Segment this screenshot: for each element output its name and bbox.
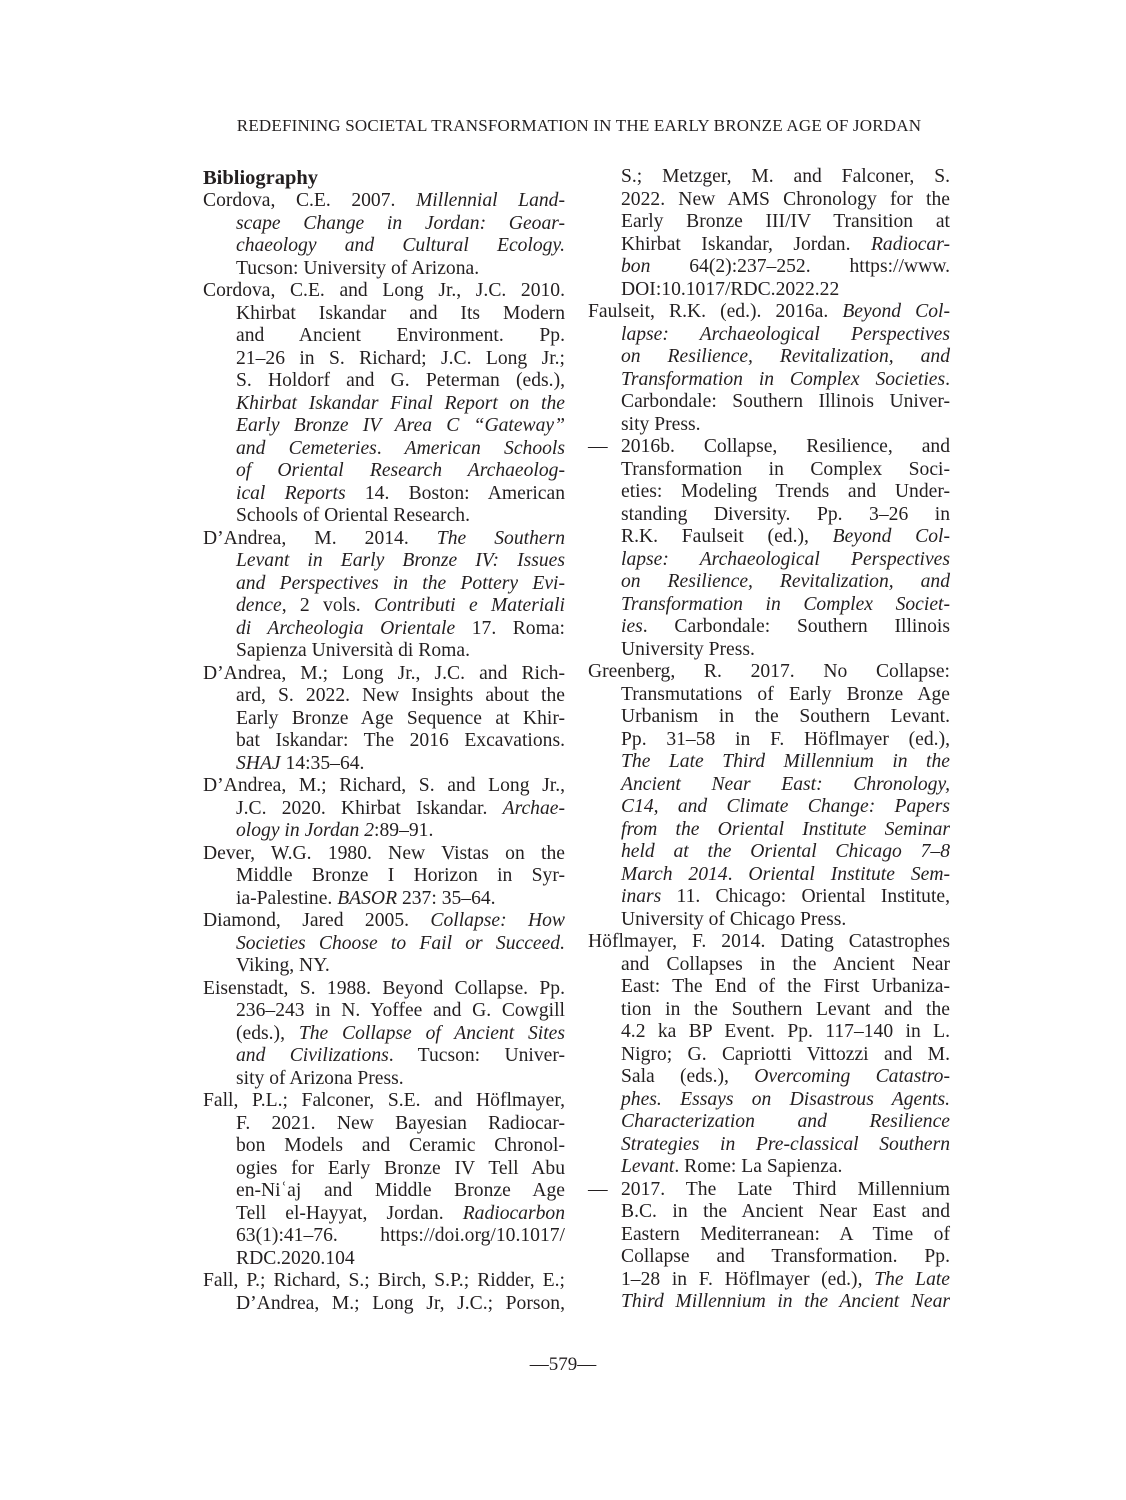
bibliography-line: The Late Third Millennium in the	[588, 751, 950, 774]
bibliography-line: Dever, W.G. 1980. New Vistas on the	[203, 843, 565, 866]
bibliography-line: Schools of Oriental Research.	[203, 505, 565, 528]
bibliography-line: of Oriental Research Archaeolog-	[203, 460, 565, 483]
bibliography-line: Cordova, C.E. and Long Jr., J.C. 2010.	[203, 280, 565, 303]
bibliography-line: B.C. in the Ancient Near East and	[588, 1201, 950, 1224]
bibliography-line: Early Bronze IV Area C “Gateway”	[203, 415, 565, 438]
running-head: REDEFINING SOCIETAL TRANSFORMATION IN TH…	[206, 116, 952, 136]
bibliography-line: Strategies in Pre-classical Southern	[588, 1134, 950, 1157]
bibliography-line: RDC.2020.104	[203, 1248, 565, 1271]
bibliography-line: Fall, P.L.; Falconer, S.E. and Höflmayer…	[203, 1090, 565, 1113]
bibliography-line: Khirbat Iskandar and Its Modern	[203, 303, 565, 326]
bibliography-column-left: Bibliography Cordova, C.E. 2007. Millenn…	[203, 166, 565, 1315]
bibliography-line: chaeology and Cultural Ecology.	[203, 235, 565, 258]
bibliography-line: ical Reports 14. Boston: American	[203, 483, 565, 506]
bibliography-line: from the Oriental Institute Seminar	[588, 819, 950, 842]
bibliography-line: Diamond, Jared 2005. Collapse: How	[203, 910, 565, 933]
bibliography-line: inars 11. Chicago: Oriental Institute,	[588, 886, 950, 909]
bibliography-line: Societies Choose to Fail or Succeed.	[203, 933, 565, 956]
bibliography-line: sity of Arizona Press.	[203, 1068, 565, 1091]
bibliography-line: D’Andrea, M.; Long Jr, J.C.; Porson,	[203, 1293, 565, 1316]
bibliography-line: —2017. The Late Third Millennium	[588, 1179, 950, 1202]
bibliography-line: Khirbat Iskandar Final Report on the	[203, 393, 565, 416]
bibliography-line: ogies for Early Bronze IV Tell Abu	[203, 1158, 565, 1181]
bibliography-line: University Press.	[588, 639, 950, 662]
bibliography-line: Levant. Rome: La Sapienza.	[588, 1156, 950, 1179]
bibliography-line: Urbanism in the Southern Levant.	[588, 706, 950, 729]
bibliography-line: Ancient Near East: Chronology,	[588, 774, 950, 797]
bibliography-line: bon Models and Ceramic Chronol-	[203, 1135, 565, 1158]
bibliography-line: held at the Oriental Chicago 7–8	[588, 841, 950, 864]
bibliography-line: and Collapses in the Ancient Near	[588, 954, 950, 977]
bibliography-line: Collapse and Transformation. Pp.	[588, 1246, 950, 1269]
bibliography-line: Third Millennium in the Ancient Near	[588, 1291, 950, 1314]
bibliography-line: and Cemeteries. American Schools	[203, 438, 565, 461]
bibliography-column-right: S.; Metzger, M. and Falconer, S.2022. Ne…	[588, 166, 950, 1314]
bibliography-line: standing Diversity. Pp. 3–26 in	[588, 504, 950, 527]
bibliography-line: Fall, P.; Richard, S.; Birch, S.P.; Ridd…	[203, 1270, 565, 1293]
bibliography-line: on Resilience, Revitalization, and	[588, 346, 950, 369]
bibliography-line: Viking, NY.	[203, 955, 565, 978]
bibliography-line: Faulseit, R.K. (ed.). 2016a. Beyond Col-	[588, 301, 950, 324]
ditto-dash: —	[588, 436, 621, 459]
bibliography-line: Eisenstadt, S. 1988. Beyond Collapse. Pp…	[203, 978, 565, 1001]
bibliography-line: (eds.), The Collapse of Ancient Sites	[203, 1023, 565, 1046]
bibliography-lines: S.; Metzger, M. and Falconer, S.2022. Ne…	[588, 166, 950, 1314]
bibliography-line: and Ancient Environment. Pp.	[203, 325, 565, 348]
bibliography-line: and Perspectives in the Pottery Evi-	[203, 573, 565, 596]
bibliography-line: East: The End of the First Urbaniza-	[588, 976, 950, 999]
bibliography-line: ies. Carbondale: Southern Illinois	[588, 616, 950, 639]
bibliography-line: 63(1):41–76. https://doi.org/10.1017/	[203, 1225, 565, 1248]
bibliography-line: Transmutations of Early Bronze Age	[588, 684, 950, 707]
bibliography-line: Greenberg, R. 2017. No Collapse:	[588, 661, 950, 684]
bibliography-line: Sapienza Università di Roma.	[203, 640, 565, 663]
bibliography-line: J.C. 2020. Khirbat Iskandar. Archae-	[203, 798, 565, 821]
bibliography-line: S. Holdorf and G. Peterman (eds.),	[203, 370, 565, 393]
bibliography-line: Transformation in Complex Societies.	[588, 369, 950, 392]
bibliography-line: Transformation in Complex Soci-	[588, 459, 950, 482]
bibliography-line: 236–243 in N. Yoffee and G. Cowgill	[203, 1000, 565, 1023]
ditto-dash: —	[588, 1179, 621, 1202]
bibliography-line: eties: Modeling Trends and Under-	[588, 481, 950, 504]
bibliography-line: Levant in Early Bronze IV: Issues	[203, 550, 565, 573]
bibliography-line: DOI:10.1017/RDC.2022.22	[588, 279, 950, 302]
bibliography-line: Höflmayer, F. 2014. Dating Catastrophes	[588, 931, 950, 954]
bibliography-line: Nigro; G. Capriotti Vittozzi and M.	[588, 1044, 950, 1067]
bibliography-line: Tucson: University of Arizona.	[203, 258, 565, 281]
bibliography-line: Early Bronze Age Sequence at Khir-	[203, 708, 565, 731]
bibliography-line: Middle Bronze I Horizon in Syr-	[203, 865, 565, 888]
bibliography-line: SHAJ 14:35–64.	[203, 753, 565, 776]
bibliography-line: Carbondale: Southern Illinois Univer-	[588, 391, 950, 414]
bibliography-line: C14, and Climate Change: Papers	[588, 796, 950, 819]
bibliography-line: Tell el-Hayyat, Jordan. Radiocarbon	[203, 1203, 565, 1226]
bibliography-line: University of Chicago Press.	[588, 909, 950, 932]
bibliography-line: Characterization and Resilience	[588, 1111, 950, 1134]
bibliography-line: ia-Palestine. BASOR 237: 35–64.	[203, 888, 565, 911]
bibliography-line: and Civilizations. Tucson: Univer-	[203, 1045, 565, 1068]
section-heading: Bibliography	[203, 166, 565, 190]
bibliography-line: Sala (eds.), Overcoming Catastro-	[588, 1066, 950, 1089]
bibliography-line: D’Andrea, M.; Long Jr., J.C. and Rich-	[203, 663, 565, 686]
bibliography-lines: Cordova, C.E. 2007. Millennial Land-scap…	[203, 190, 565, 1315]
bibliography-line: Transformation in Complex Societ-	[588, 594, 950, 617]
bibliography-line: bon 64(2):237–252. https://www.	[588, 256, 950, 279]
bibliography-line: ology in Jordan 2:89–91.	[203, 820, 565, 843]
bibliography-line: Pp. 31–58 in F. Höflmayer (ed.),	[588, 729, 950, 752]
bibliography-line: Cordova, C.E. 2007. Millennial Land-	[203, 190, 565, 213]
bibliography-line: Early Bronze III/IV Transition at	[588, 211, 950, 234]
bibliography-line: bat Iskandar: The 2016 Excavations.	[203, 730, 565, 753]
bibliography-line: Khirbat Iskandar, Jordan. Radiocar-	[588, 234, 950, 257]
bibliography-line: D’Andrea, M.; Richard, S. and Long Jr.,	[203, 775, 565, 798]
bibliography-line: 4.2 ka BP Event. Pp. 117–140 in L.	[588, 1021, 950, 1044]
bibliography-line: lapse: Archaeological Perspectives	[588, 549, 950, 572]
bibliography-line: di Archeologia Orientale 17. Roma:	[203, 618, 565, 641]
bibliography-line: scape Change in Jordan: Geoar-	[203, 213, 565, 236]
bibliography-line: —2016b. Collapse, Resilience, and	[588, 436, 950, 459]
bibliography-line: ard, S. 2022. New Insights about the	[203, 685, 565, 708]
bibliography-line: dence, 2 vols. Contributi e Materiali	[203, 595, 565, 618]
bibliography-line: March 2014. Oriental Institute Sem-	[588, 864, 950, 887]
bibliography-line: tion in the Southern Levant and the	[588, 999, 950, 1022]
bibliography-line: R.K. Faulseit (ed.), Beyond Col-	[588, 526, 950, 549]
bibliography-line: 2022. New AMS Chronology for the	[588, 189, 950, 212]
bibliography-line: lapse: Archaeological Perspectives	[588, 324, 950, 347]
bibliography-line: 21–26 in S. Richard; J.C. Long Jr.;	[203, 348, 565, 371]
bibliography-line: S.; Metzger, M. and Falconer, S.	[588, 166, 950, 189]
bibliography-line: Eastern Mediterranean: A Time of	[588, 1224, 950, 1247]
bibliography-line: 1–28 in F. Höflmayer (ed.), The Late	[588, 1269, 950, 1292]
page-number: —579—	[0, 1354, 1126, 1376]
bibliography-line: on Resilience, Revitalization, and	[588, 571, 950, 594]
bibliography-line: D’Andrea, M. 2014. The Southern	[203, 528, 565, 551]
bibliography-line: F. 2021. New Bayesian Radiocar-	[203, 1113, 565, 1136]
bibliography-line: sity Press.	[588, 414, 950, 437]
bibliography-line: phes. Essays on Disastrous Agents.	[588, 1089, 950, 1112]
bibliography-line: en-Niʿaj and Middle Bronze Age	[203, 1180, 565, 1203]
